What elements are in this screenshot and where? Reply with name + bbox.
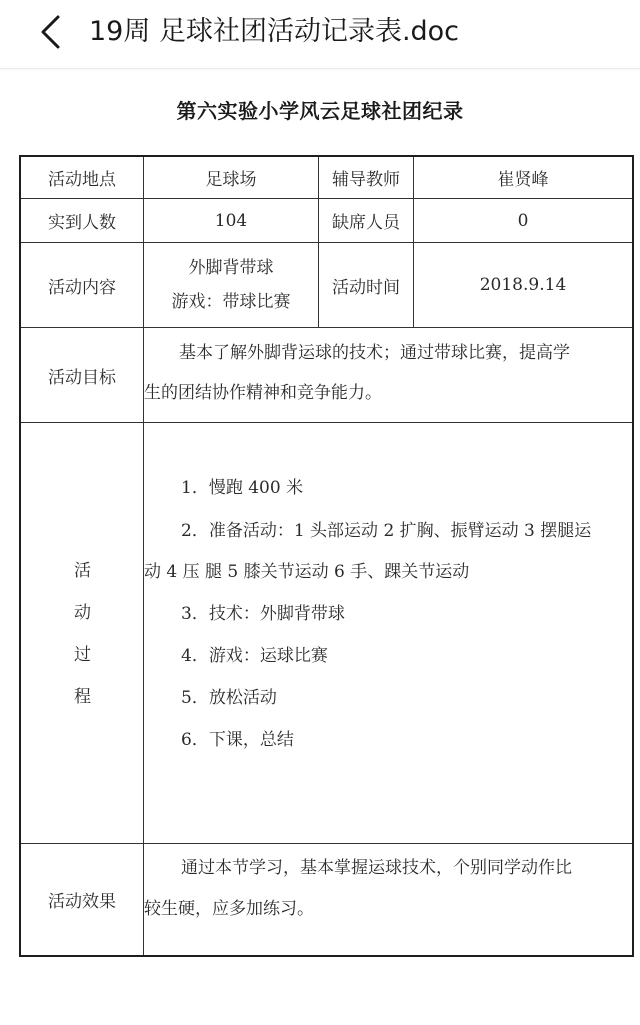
document-heading: 第六实验小学风云足球社团纪录	[0, 95, 640, 124]
process-step: 2．准备活动：1 头部运动 2 扩胸、振臂运动 3 摆腿运	[181, 510, 591, 552]
label-effect: 活动效果	[21, 844, 143, 955]
row-divider	[21, 422, 632, 423]
value-absent: 0	[414, 199, 632, 242]
label-time: 活动时间	[319, 243, 413, 327]
process-label-char: 过	[21, 634, 144, 676]
label-absent: 缺席人员	[319, 199, 413, 242]
chevron-left-icon	[38, 14, 62, 54]
value-location: 足球场	[144, 157, 318, 198]
value-content: 外脚背带球 游戏：带球比赛	[144, 243, 318, 327]
value-attendance: 104	[144, 199, 318, 242]
content-line-2: 游戏：带球比赛	[172, 285, 291, 319]
goal-line-1: 基本了解外脚背运球的技术；通过带球比赛，提高学	[179, 332, 570, 374]
process-step: 6．下课，总结	[181, 719, 294, 761]
label-location: 活动地点	[21, 157, 143, 198]
process-step: 5．放松活动	[181, 677, 277, 719]
process-step: 3．技术：外脚背带球	[181, 593, 345, 635]
process-step-continued: 动 4 压 腿 5 膝关节运动 6 手、踝关节运动	[144, 551, 469, 593]
value-time: 2018.9.14	[414, 243, 632, 327]
content-line-1: 外脚背带球	[189, 251, 274, 285]
process-label-char: 动	[21, 592, 144, 634]
value-coach: 崔贤峰	[414, 157, 632, 198]
process-label-char: 活	[21, 550, 144, 592]
goal-line-2: 生的团结协作精神和竞争能力。	[144, 372, 382, 414]
effect-line-1: 通过本节学习，基本掌握运球技术，个别同学动作比	[181, 847, 572, 889]
effect-line-2: 较生硬，应多加练习。	[144, 888, 314, 930]
app-top-bar: 19周 足球社团活动记录表.doc	[0, 0, 640, 69]
activity-record-table: 活动地点 足球场 辅导教师 崔贤峰 实到人数 104 缺席人员 0 活动内容 外…	[19, 155, 634, 957]
back-button[interactable]	[28, 12, 72, 56]
process-step: 4．游戏：运球比赛	[181, 635, 328, 677]
label-coach: 辅导教师	[319, 157, 413, 198]
label-attendance: 实到人数	[21, 199, 143, 242]
document-title: 19周 足球社团活动记录表.doc	[89, 14, 459, 50]
label-content: 活动内容	[21, 243, 143, 327]
process-label-char: 程	[21, 676, 144, 718]
process-step: 1．慢跑 400 米	[181, 467, 303, 509]
label-goal: 活动目标	[21, 328, 143, 422]
